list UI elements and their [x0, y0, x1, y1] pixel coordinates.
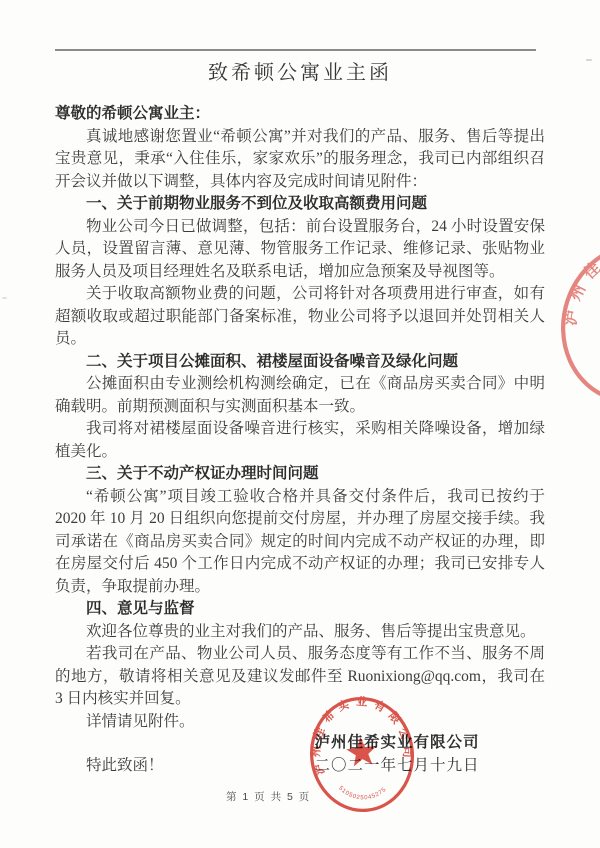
scan-artifact-speck — [586, 59, 592, 61]
svg-text:泸州佳希实业有限公司: 泸州佳希实业有限公司 — [302, 688, 417, 777]
seal-star-icon — [345, 735, 378, 767]
company-seal-stamp: 泸州佳希实业有限公司 5105025045275 — [300, 687, 424, 821]
section-heading-1: 一、关于前期物业服务不到位及收取高额费用问题 — [55, 193, 545, 216]
paragraph: “希顿公寓”项目竣工验收合格并具备交付条件后，我司已按约于 2020 年 10 … — [55, 486, 545, 599]
paragraph: 欢迎各位尊贵的业主对我们的产品、服务、售后等提出宝贵意见。 — [55, 621, 545, 644]
scan-artifact-speck — [2, 297, 7, 299]
paragraph: 详情请见附件。 — [55, 711, 545, 734]
section-heading-3: 三、关于不动产权证办理时间问题 — [55, 463, 545, 486]
seal-company-arc-text: 泸州佳希实业有限公司 — [302, 688, 417, 777]
salutation: 尊敬的希顿公寓业主： — [55, 103, 545, 126]
paragraph: 关于收取高额物业费的问题，公司将针对各项费用进行审查，如有超额收取或超过职能部门… — [55, 283, 545, 351]
seal-serial-number: 5105025045275 — [337, 781, 389, 804]
paragraph: 我司将对裙楼屋面设备噪音进行核实，采购相关降噪设备，增加绿植美化。 — [55, 418, 545, 463]
section-heading-4: 四、意见与监督 — [55, 598, 545, 621]
header-rule — [55, 49, 536, 51]
letter-body: 尊敬的希顿公寓业主： 真诚地感谢您置业“希顿公寓”并对我们的产品、服务、售后等提… — [55, 103, 545, 778]
page-title: 致希顿公寓业主函 — [0, 56, 600, 85]
page-number-footer: 第 1 页 共 5 页 — [226, 789, 311, 804]
letter-page: 致希顿公寓业主函 尊敬的希顿公寓业主： 真诚地感谢您置业“希顿公寓”并对我们的产… — [0, 0, 600, 848]
svg-text:5105025045275: 5105025045275 — [337, 781, 389, 804]
paragraph: 公摊面积由专业测绘机构测绘确定，已在《商品房买卖合同》中明确载明。前期预测面积与… — [55, 373, 545, 418]
paragraph: 真诚地感谢您置业“希顿公寓”并对我们的产品、服务、售后等提出宝贵意见，秉承“入住… — [55, 126, 545, 194]
paragraph: 物业公司今日已做调整，包括：前台设置服务台，24 小时设置安保人员，设置留言薄、… — [55, 216, 545, 284]
section-heading-2: 二、关于项目公摊面积、裙楼屋面设备噪音及绿化问题 — [55, 351, 545, 374]
